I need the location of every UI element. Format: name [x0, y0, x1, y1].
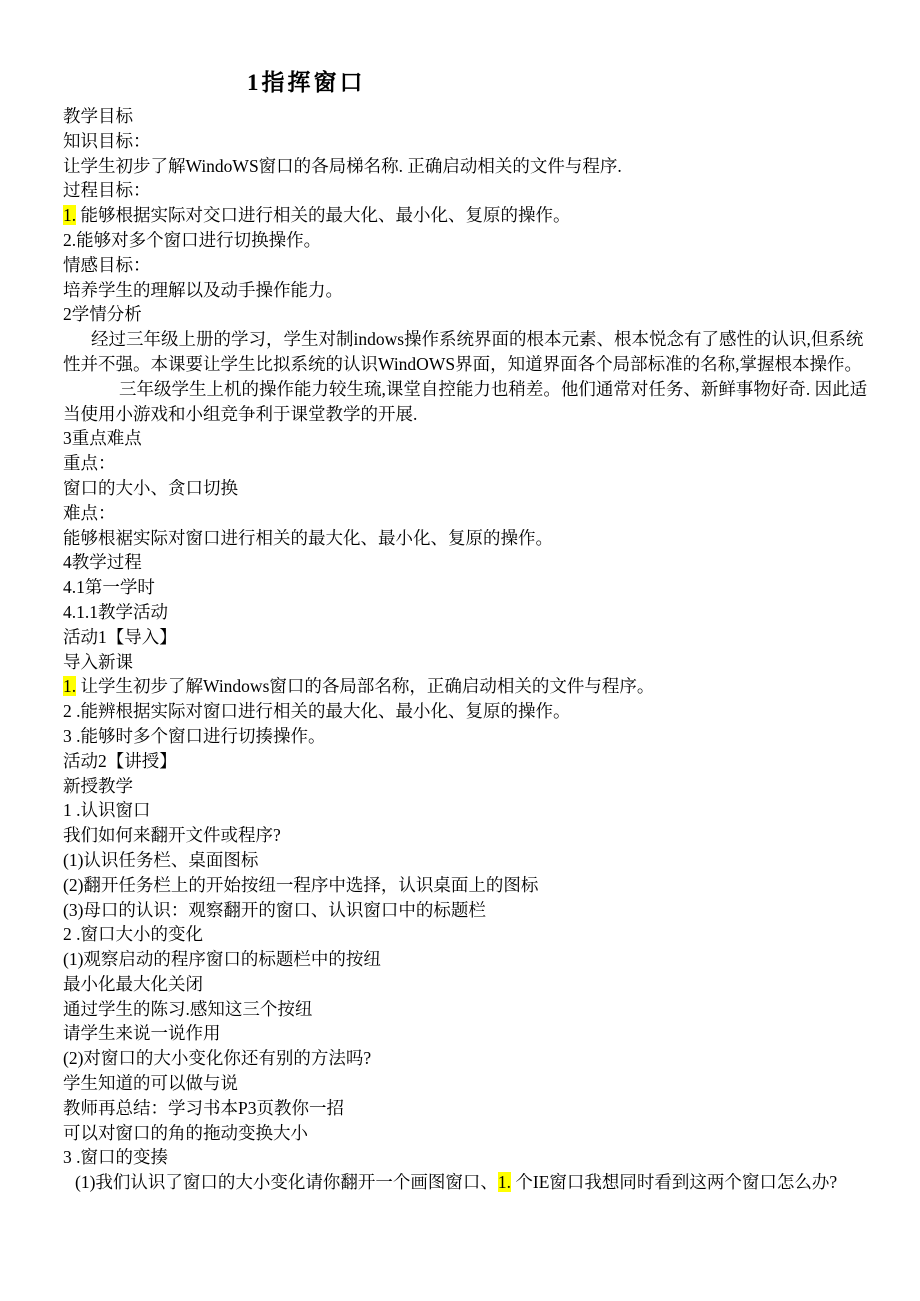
text-segment: 4.1.1教学活动 [63, 602, 168, 622]
text-line: 让学生初步了解WindoWS窗口的各局梯名称. 正确启动相关的文件与程序. [63, 154, 862, 179]
text-line: 学生知道的可以做与说 [63, 1071, 862, 1096]
text-line: 培养学生的理解以及动手操作能力。 [63, 278, 862, 303]
text-segment: 最小化最大化关闭 [63, 974, 203, 994]
text-line: 三年级学生上机的操作能力较生琉,课堂自控能力也稍差。他们通常对任务、新鲜事物好奇… [63, 377, 862, 402]
text-segment: 重点： [63, 453, 116, 473]
text-line: 3 .窗口的变揍 [63, 1145, 862, 1170]
text-segment: 性并不强。本课要让学生比拟系统的认识WindOWS界面，知道界面各个局部标准的名… [63, 354, 862, 374]
text-line: 过程目标： [63, 178, 862, 203]
text-line: 4教学过程 [63, 550, 862, 575]
text-line: (1)观察启动的程序窗口的标题栏中的按纽 [63, 947, 862, 972]
text-line: 知识目标： [63, 129, 862, 154]
document-body: 教学目标知识目标：让学生初步了解WindoWS窗口的各局梯名称. 正确启动相关的… [63, 104, 862, 1195]
text-line: 可以对窗口的角的拖动变换大小 [63, 1121, 862, 1146]
text-segment: 能够根裾实际对窗口进行相关的最大化、最小化、复原的操作。 [63, 528, 553, 548]
text-segment: 窗口的大小、贪口切换 [63, 478, 238, 498]
text-line: (2)对窗口的大小变化你还有别的方法吗? [63, 1046, 862, 1071]
text-segment: (2)翻开任务栏上的开始按纽一程序中选择，认识桌面上的图标 [63, 875, 538, 895]
text-line: 通过学生的陈习.感知这三个按纽 [63, 997, 862, 1022]
text-line: 4.1第一学时 [63, 575, 862, 600]
text-line: 难点： [63, 501, 862, 526]
text-segment: 通过学生的陈习.感知这三个按纽 [63, 999, 312, 1019]
text-line: 1 .认识窗口 [63, 798, 862, 823]
text-segment: 教学目标 [63, 106, 133, 126]
text-segment: 4教学过程 [63, 552, 142, 572]
text-segment: 个IE窗口我想同时看到这两个窗口怎么办? [511, 1172, 837, 1192]
text-line: 我们如何来翻开文件或程序? [63, 823, 862, 848]
text-line: 3 .能够时多个窗口进行切揍操作。 [63, 724, 862, 749]
text-segment: 活动2【讲授】 [63, 751, 177, 771]
text-line: (1)我们认识了窗口的大小变化请你翻开一个画图窗口、1. 个IE窗口我想同时看到… [63, 1170, 862, 1195]
text-segment: 知识目标： [63, 131, 151, 151]
page-title: 1指挥窗口 [247, 68, 862, 98]
text-segment: 教师再总结：学习书本P3页教你一招 [63, 1098, 344, 1118]
highlighted-text: 1. [498, 1172, 511, 1192]
text-line: 导入新课 [63, 650, 862, 675]
text-segment: 活动1【导入】 [63, 627, 177, 647]
text-line: 经过三年级上册的学习，学生对制indows操作系统界面的根本元素、根本悦念有了感… [63, 327, 862, 352]
text-line: 活动2【讲授】 [63, 749, 862, 774]
text-line: 4.1.1教学活动 [63, 600, 862, 625]
text-segment: 2 .窗口大小的变化 [63, 924, 203, 944]
text-segment: 1 .认识窗口 [63, 800, 151, 820]
text-segment: 经过三年级上册的学习，学生对制indows操作系统界面的根本元素、根本悦念有了感… [91, 329, 863, 349]
text-segment: 能够根据实际对交口进行相关的最大化、最小化、复原的操作。 [76, 205, 570, 225]
text-line: 重点： [63, 451, 862, 476]
text-segment: 2学情分析 [63, 304, 142, 324]
text-line: 1. 能够根据实际对交口进行相关的最大化、最小化、复原的操作。 [63, 203, 862, 228]
text-segment: 过程目标： [63, 180, 151, 200]
text-segment: 学生知道的可以做与说 [63, 1073, 238, 1093]
text-segment: 培养学生的理解以及动手操作能力。 [63, 280, 343, 300]
text-segment: (1)观察启动的程序窗口的标题栏中的按纽 [63, 949, 381, 969]
text-line: 2 .窗口大小的变化 [63, 922, 862, 947]
text-segment: 让学生初步了解WindoWS窗口的各局梯名称. 正确启动相关的文件与程序. [63, 156, 622, 176]
text-line: 情感目标： [63, 253, 862, 278]
text-line: 1. 让学生初步了解Windows窗口的各局部名称，正确启动相关的文件与程序。 [63, 674, 862, 699]
text-segment: 导入新课 [63, 652, 133, 672]
text-segment: (1)认识任务栏、桌面图标 [63, 850, 258, 870]
text-line: 教学目标 [63, 104, 862, 129]
text-segment: 3 .窗口的变揍 [63, 1147, 168, 1167]
text-line: 2.能够对多个窗口进行切换操作。 [63, 228, 862, 253]
highlighted-text: 1. [63, 205, 76, 225]
document-page: 1指挥窗口 教学目标知识目标：让学生初步了解WindoWS窗口的各局梯名称. 正… [0, 0, 920, 1301]
text-segment: 可以对窗口的角的拖动变换大小 [63, 1123, 308, 1143]
text-segment: 三年级学生上机的操作能力较生琉,课堂自控能力也稍差。他们通常对任务、新鲜事物好奇… [119, 379, 867, 399]
text-segment: 让学生初步了解Windows窗口的各局部名称，正确启动相关的文件与程序。 [76, 676, 654, 696]
text-segment: 4.1第一学时 [63, 577, 155, 597]
text-line: (2)翻开任务栏上的开始按纽一程序中选择，认识桌面上的图标 [63, 873, 862, 898]
text-line: (1)认识任务栏、桌面图标 [63, 848, 862, 873]
text-segment: 请学生来说一说作用 [63, 1023, 221, 1043]
text-line: (3)母口的认识：观察翻开的窗口、认识窗口中的标题栏 [63, 898, 862, 923]
text-line: 请学生来说一说作用 [63, 1021, 862, 1046]
text-line: 窗口的大小、贪口切换 [63, 476, 862, 501]
text-line: 当使用小游戏和小组竞争利于课堂教学的开展. [63, 402, 862, 427]
text-line: 新授教学 [63, 774, 862, 799]
text-line: 最小化最大化关闭 [63, 972, 862, 997]
text-segment: 情感目标： [63, 255, 151, 275]
text-segment: 2.能够对多个窗口进行切换操作。 [63, 230, 321, 250]
text-segment: (3)母口的认识：观察翻开的窗口、认识窗口中的标题栏 [63, 900, 486, 920]
text-segment: 我们如何来翻开文件或程序? [63, 825, 281, 845]
text-segment: 3 .能够时多个窗口进行切揍操作。 [63, 726, 326, 746]
text-segment: 新授教学 [63, 776, 133, 796]
text-line: 3重点难点 [63, 426, 862, 451]
text-line: 2学情分析 [63, 302, 862, 327]
text-line: 2 .能辨根据实际对窗口进行相关的最大化、最小化、复原的操作。 [63, 699, 862, 724]
text-segment: 2 .能辨根据实际对窗口进行相关的最大化、最小化、复原的操作。 [63, 701, 571, 721]
text-line: 活动1【导入】 [63, 625, 862, 650]
text-line: 性并不强。本课要让学生比拟系统的认识WindOWS界面，知道界面各个局部标准的名… [63, 352, 862, 377]
text-line: 能够根裾实际对窗口进行相关的最大化、最小化、复原的操作。 [63, 526, 862, 551]
text-segment: 当使用小游戏和小组竞争利于课堂教学的开展. [63, 404, 417, 424]
text-segment: (2)对窗口的大小变化你还有别的方法吗? [63, 1048, 371, 1068]
highlighted-text: 1. [63, 676, 76, 696]
text-line: 教师再总结：学习书本P3页教你一招 [63, 1096, 862, 1121]
text-segment: 3重点难点 [63, 428, 142, 448]
text-segment: 难点： [63, 503, 116, 523]
text-segment: (1)我们认识了窗口的大小变化请你翻开一个画图窗口、 [75, 1172, 498, 1192]
